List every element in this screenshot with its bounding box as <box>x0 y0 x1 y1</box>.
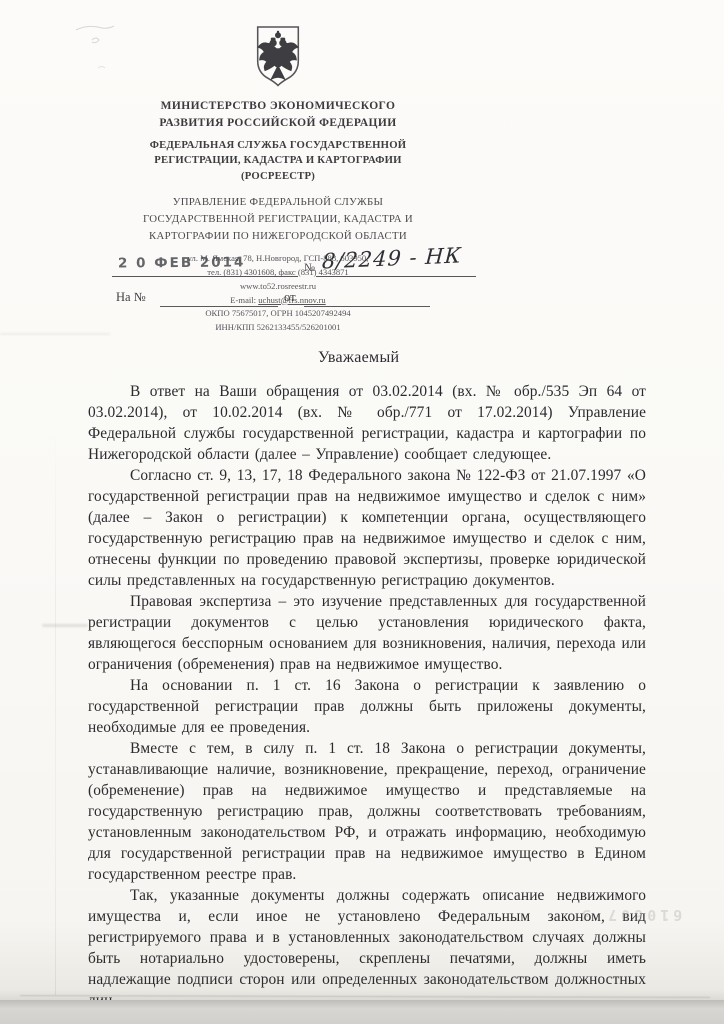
reply-from-label: от <box>284 290 296 305</box>
paragraph-3: Правовая экспертиза – это изучение предс… <box>88 591 646 675</box>
salutation: Уважаемый <box>318 349 399 367</box>
paragraph-6: Так, указанные документы должны содержат… <box>88 885 646 1011</box>
coat-of-arms-icon <box>249 24 307 88</box>
reply-to-label: На № <box>116 290 146 305</box>
ministry-name: МИНИСТЕРСТВО ЭКОНОМИЧЕСКОГО РАЗВИТИЯ РОС… <box>108 98 448 133</box>
paragraph-5: Вместе с тем, в силу п. 1 ст. 18 Закона … <box>88 738 646 885</box>
paragraph-1: В ответ на Ваши обращения от 03.02.2014 … <box>88 381 646 465</box>
fold-streak <box>0 333 110 335</box>
reference-block: 2 0 ФЕВ 2014 № 8/2249 - НК На № от <box>112 254 482 316</box>
scan-smudge <box>42 624 88 627</box>
scanned-letter-page: МИНИСТЕРСТВО ЭКОНОМИЧЕСКОГО РАЗВИТИЯ РОС… <box>0 0 724 1000</box>
bleed-through-stamp: 610607 3 <box>578 906 682 924</box>
vertical-crease <box>55 430 56 995</box>
reply-number-underline <box>160 306 278 307</box>
date-underline <box>112 276 298 277</box>
scanner-background-edge <box>0 1000 724 1024</box>
paragraph-2: Согласно ст. 9, 13, 17, 18 Федерального … <box>88 465 646 591</box>
number-underline <box>316 276 476 277</box>
letter-body: В ответ на Ваши обращения от 03.02.2014 … <box>88 381 646 1011</box>
regional-office-name: УПРАВЛЕНИЕ ФЕДЕРАЛЬНОЙ СЛУЖБЫ ГОСУДАРСТВ… <box>108 194 448 244</box>
paragraph-4: На основании п. 1 ст. 16 Закона о регист… <box>88 675 646 738</box>
reply-date-underline <box>304 306 430 307</box>
date-stamp: 2 0 ФЕВ 2014 <box>118 254 245 271</box>
number-label: № <box>304 262 315 274</box>
federal-service-name: ФЕДЕРАЛЬНАЯ СЛУЖБА ГОСУДАРСТВЕННОЙ РЕГИС… <box>108 138 448 185</box>
inn-kpp: ИНН/КПП 5262133455/526201001 <box>108 321 448 335</box>
